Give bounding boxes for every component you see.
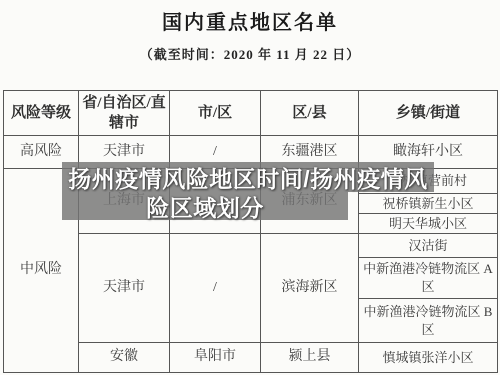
col-header-city: 市/区 xyxy=(169,90,260,135)
col-header-street: 乡镇/街道 xyxy=(358,90,497,135)
cell-anhui-city: 阜阳市 xyxy=(169,342,260,372)
page-title: 国内重点地区名单 xyxy=(0,6,500,35)
cell-street-xinsheng: 祝桥镇新生小区 xyxy=(358,193,497,213)
cell-street-hangu: 汉沽街 xyxy=(358,233,497,257)
cell-anhui-province: 安徽 xyxy=(78,342,169,372)
watermark-overlay-line2: 险区域划分 xyxy=(62,192,348,220)
col-header-district: 区/县 xyxy=(260,90,358,135)
cell-street-mingtianhuacheng: 明天华城小区 xyxy=(358,213,497,233)
col-header-risk-level: 风险等级 xyxy=(3,90,78,135)
as-of-date: （截至时间：2020 年 11 月 22 日） xyxy=(0,44,500,63)
cell-tianjin-district: 滨海新区 xyxy=(260,233,358,342)
cell-tianjin-city: / xyxy=(169,233,260,342)
cell-street-coldchain-b: 中新渔港冷链物流区 B 区 xyxy=(358,298,497,342)
cell-anhui-district: 颍上县 xyxy=(260,342,358,372)
risk-area-table: 风险等级 省/自治区/直辖市 市/区 区/县 乡镇/街道 高风险 天津市 / 东… xyxy=(3,90,498,373)
cell-street-coldchain-a: 中新渔港冷链物流区 A 区 xyxy=(358,257,497,298)
col-header-province: 省/自治区/直辖市 xyxy=(78,90,169,135)
cell-street-zhangyang: 慎城镇张洋小区 xyxy=(358,342,497,372)
watermark-overlay-line1: 扬州疫情风险地区时间/扬州疫情风 xyxy=(62,162,434,192)
cell-tianjin-province: 天津市 xyxy=(78,233,169,342)
